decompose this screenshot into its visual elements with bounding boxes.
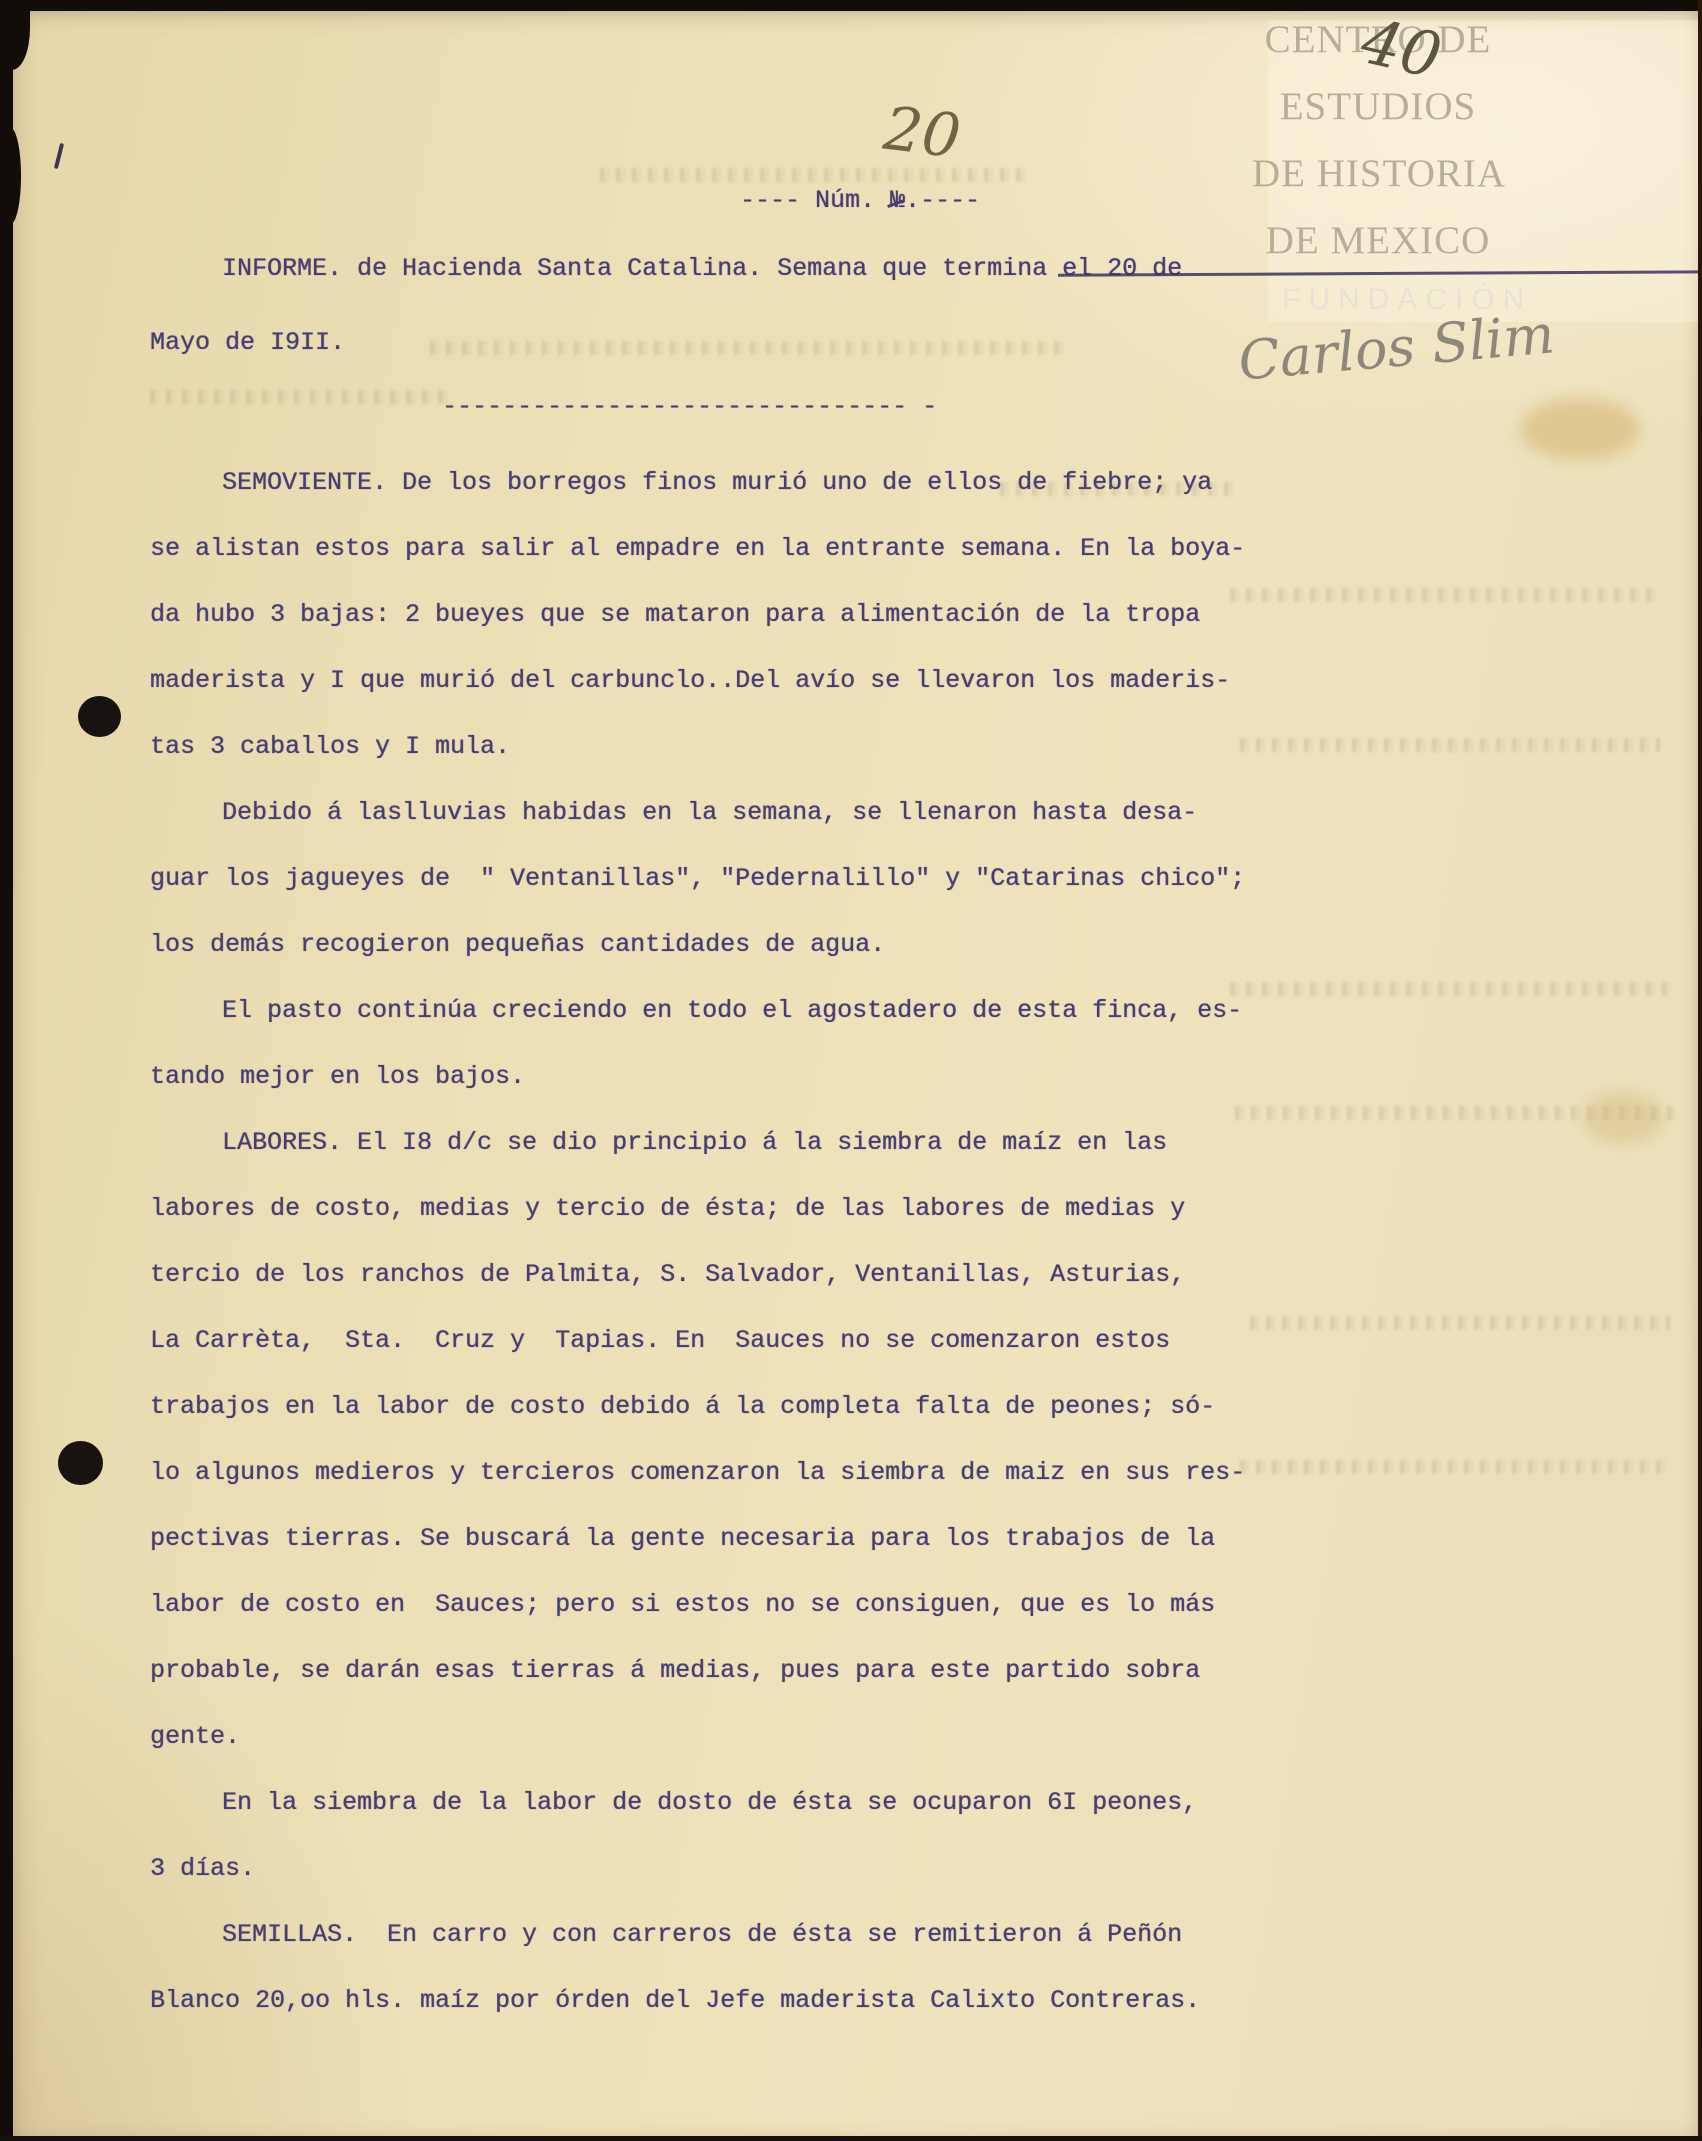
number-sign-struck: № (890, 186, 905, 216)
ghost-text-smudge (1250, 1316, 1670, 1330)
ghost-text-smudge (150, 390, 450, 404)
report-header-line1: INFORME. de Hacienda Santa Catalina. Sem… (222, 254, 1182, 284)
scan-edge-bottom (0, 2136, 1702, 2141)
report-number-line: ---- Núm. №.---- (740, 186, 980, 216)
document-body: SEMOVIENTE. De los borregos finos murió … (150, 450, 1430, 2034)
paper-stain (1520, 398, 1640, 460)
hole-punch (78, 696, 121, 737)
hole-punch (58, 1441, 103, 1485)
typed-line: guar los jagueyes de " Ventanillas", "Pe… (150, 846, 1430, 912)
typed-line: Blanco 20,oo hls. maíz por órden del Jef… (150, 1968, 1430, 2034)
report-header-line2: Mayo de I9II. (150, 328, 345, 358)
typed-line: se alistan estos para salir al empadre e… (150, 516, 1430, 582)
typed-line: SEMILLAS. En carro y con carreros de ést… (150, 1902, 1430, 1968)
typed-line: maderista y I que murió del carbunclo..D… (150, 648, 1430, 714)
scan-edge-corner (0, 0, 30, 70)
watermark-line: ESTUDIOS (1252, 73, 1504, 140)
typed-line: labor de costo en Sauces; pero si estos … (150, 1572, 1430, 1638)
margin-pen-mark (54, 143, 64, 169)
typed-line: probable, se darán esas tierras á medias… (150, 1638, 1430, 1704)
ghost-text-smudge (1230, 588, 1660, 602)
scan-edge-top (0, 0, 1702, 11)
typed-line: 3 días. (150, 1836, 1430, 1902)
ghost-text-smudge (1000, 482, 1240, 496)
typed-line: lo algunos medieros y tercieros comenzar… (150, 1440, 1430, 1506)
handwritten-report-number: 20 (880, 94, 964, 173)
typed-line: labores de costo, medias y tercio de ést… (150, 1176, 1430, 1242)
number-line-prefix: ---- Núm. (740, 186, 890, 215)
ghost-text-smudge (1240, 738, 1660, 752)
typed-line: tando mejor en los bajos. (150, 1044, 1430, 1110)
typed-line: En la siembra de la labor de dosto de és… (150, 1770, 1430, 1836)
typed-line: Debido á laslluvias habidas en la semana… (150, 780, 1430, 846)
typed-line: tas 3 caballos y I mula. (150, 714, 1430, 780)
scan-edge-left (0, 0, 13, 2141)
typed-line: La Carrèta, Sta. Cruz y Tapias. En Sauce… (150, 1308, 1430, 1374)
watermark-line: DE HISTORIA (1252, 140, 1504, 207)
number-line-suffix: .---- (905, 186, 980, 215)
ghost-text-smudge (430, 341, 1070, 355)
ghost-text-smudge (600, 168, 1030, 182)
ghost-text-smudge (1230, 982, 1670, 996)
typed-line: tercio de los ranchos de Palmita, S. Sal… (150, 1242, 1430, 1308)
typed-line: los demás recogieron pequeñas cantidades… (150, 912, 1430, 978)
scan-edge-notch (0, 128, 21, 224)
ghost-text-smudge (1240, 1460, 1670, 1474)
dashed-separator: ------------------------------- - (442, 392, 937, 422)
paper-stain (1582, 1092, 1664, 1144)
typed-line: pectivas tierras. Se buscará la gente ne… (150, 1506, 1430, 1572)
scanned-document-page: CENTRO DE ESTUDIOS DE HISTORIA DE MEXICO… (0, 0, 1702, 2141)
typed-line: trabajos en la labor de costo debido á l… (150, 1374, 1430, 1440)
typed-line: gente. (150, 1704, 1430, 1770)
scan-edge-right (1698, 0, 1702, 2141)
watermark-line: DE MEXICO (1252, 207, 1504, 274)
